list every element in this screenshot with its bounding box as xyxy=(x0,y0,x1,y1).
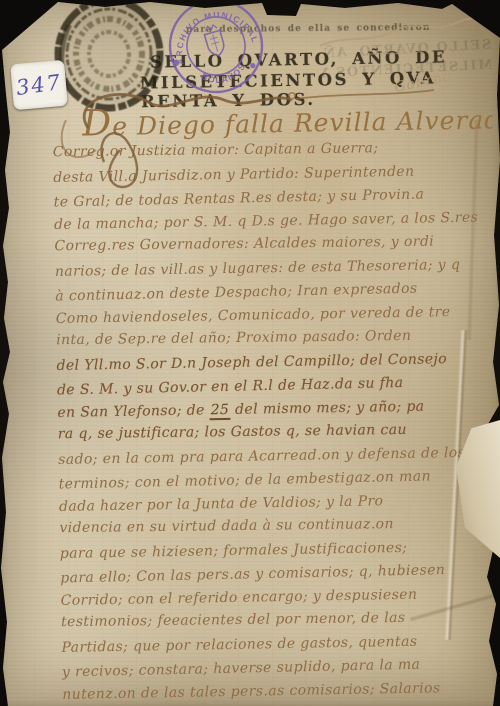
stamp-bottom-text: BOLAÑOS xyxy=(198,59,251,91)
archive-sticker: 347 xyxy=(10,60,68,111)
stamp-crown-icon xyxy=(204,24,217,31)
manuscript-text: De Diego falla Revilla Alverado Correg.o… xyxy=(52,96,500,706)
stamp-shield-hatching xyxy=(209,33,222,53)
archive-number: 347 xyxy=(15,70,64,100)
document-page: para despachos de ella se concedieron SE… xyxy=(0,0,500,706)
stamp-dot-right xyxy=(250,62,256,68)
photo-background: para despachos de ella se concedieron SE… xyxy=(0,0,500,706)
svg-text:BOLAÑOS: BOLAÑOS xyxy=(198,59,251,91)
underlined-number: 25 xyxy=(209,401,230,419)
top-edge-mark xyxy=(272,0,294,12)
manuscript-line: De Diego falla Revilla Alverado xyxy=(52,96,493,146)
